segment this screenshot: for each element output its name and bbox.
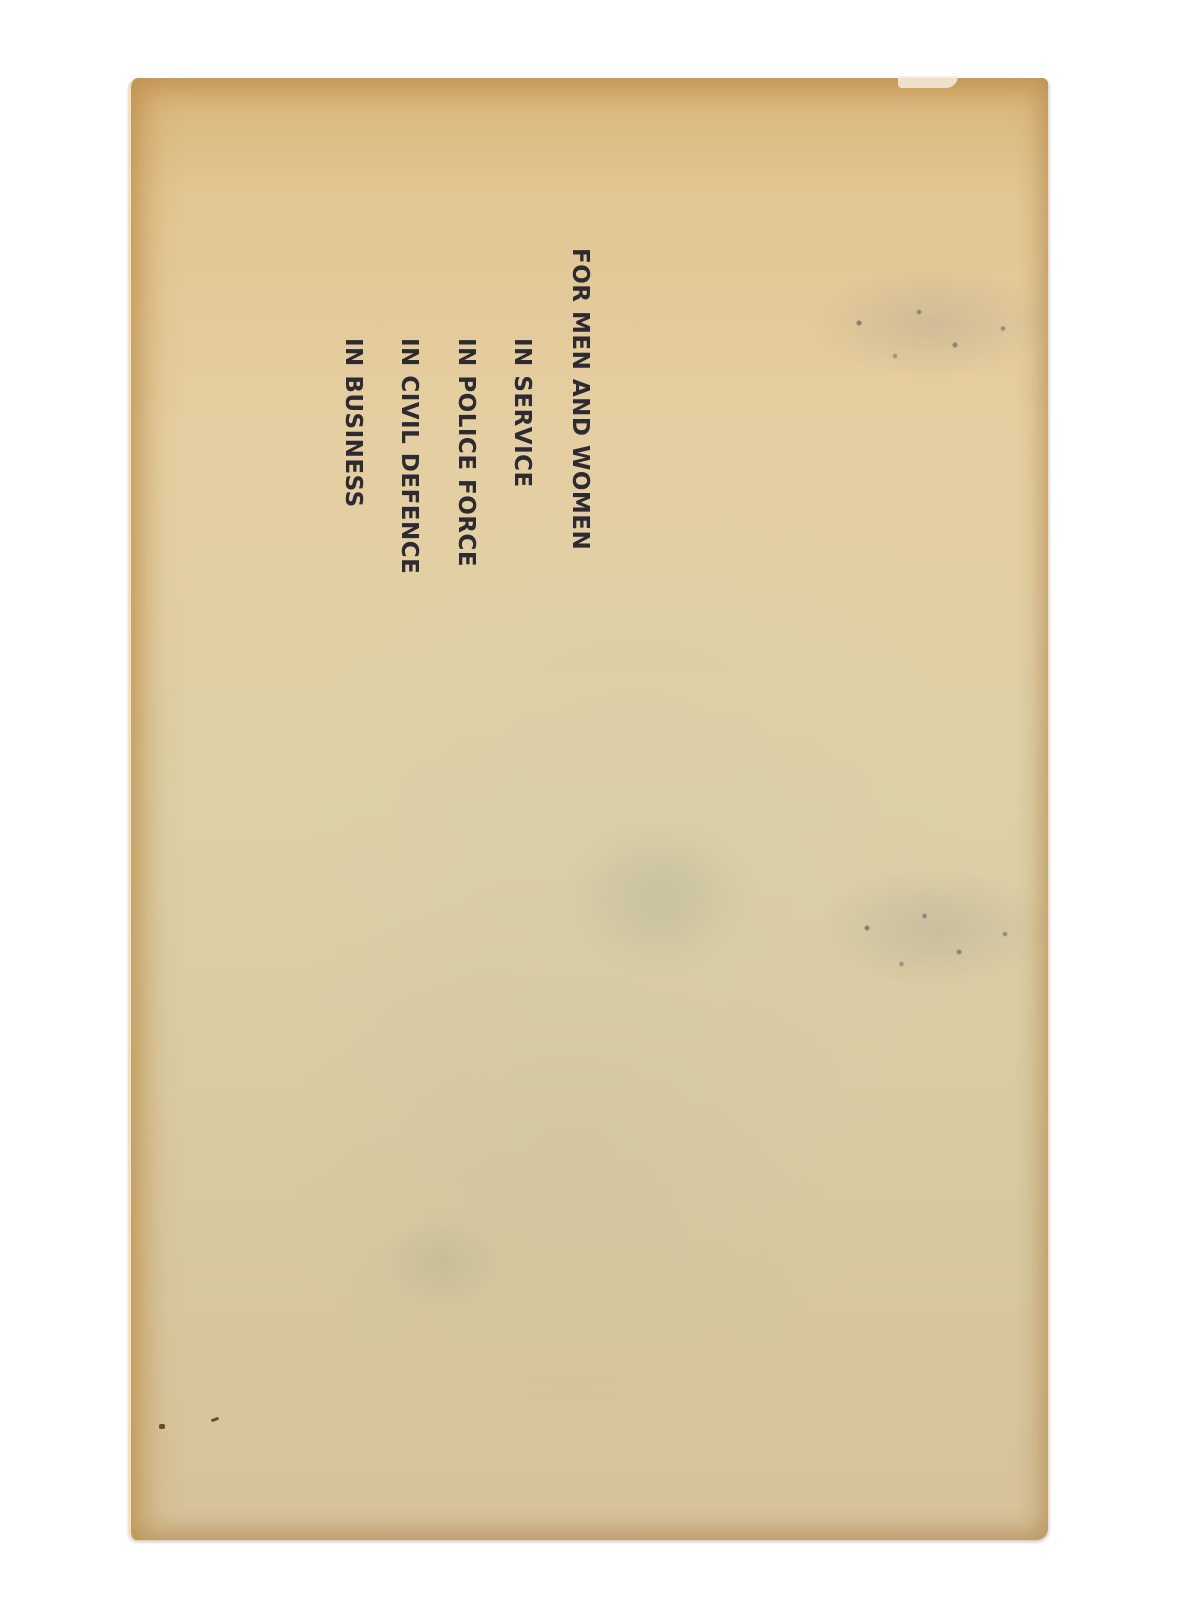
paper-stain: [381, 1218, 501, 1308]
text-line-civil-defence: IN CIVIL DEFENCE: [397, 338, 420, 574]
book-back-cover: FOR MEN AND WOMEN IN SERVICE IN POLICE F…: [128, 78, 1048, 1540]
text-line-heading: FOR MEN AND WOMEN: [568, 248, 591, 550]
photo-stage: FOR MEN AND WOMEN IN SERVICE IN POLICE F…: [0, 0, 1200, 1600]
text-line-service: IN SERVICE: [510, 338, 533, 488]
text-line-police-force: IN POLICE FORCE: [454, 338, 477, 567]
foxing-spot: [159, 1424, 165, 1429]
foxing-spot: [211, 1417, 220, 1423]
ink-smudge: [821, 868, 1051, 988]
paper-stain: [561, 818, 761, 978]
text-line-business: IN BUSINESS: [341, 338, 364, 508]
cover-chip-wear: [898, 76, 958, 88]
ink-smudge: [811, 268, 1051, 378]
